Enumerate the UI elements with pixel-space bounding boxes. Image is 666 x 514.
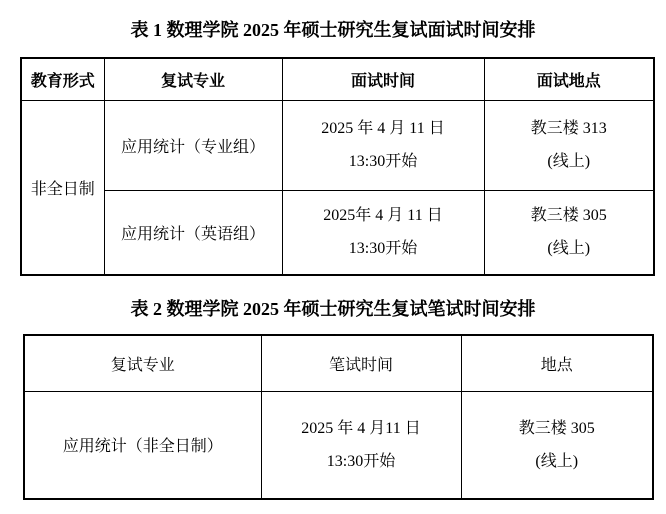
t1-row2-place: 教三楼 305 (线上) [484,190,654,275]
table2-header-row: 复试专业 笔试时间 地点 [24,335,653,391]
t1-row2-time-start: 13:30开始 [283,232,484,265]
t2-row1-major: 应用统计（非全日制） [24,391,261,499]
table1-header-row: 教育形式 复试专业 面试时间 面试地点 [21,58,654,100]
t1-header-major: 复试专业 [104,58,282,100]
interview-schedule-table: 教育形式 复试专业 面试时间 面试地点 非全日制 应用统计（专业组） 2025 … [20,57,655,276]
t2-row1-place: 教三楼 305 (线上) [461,391,653,499]
t2-row1-time-start: 13:30开始 [262,445,461,478]
t2-row1-place-online: (线上) [462,445,653,478]
t1-row2-major: 应用统计（英语组） [104,190,282,275]
t1-row1-place-online: (线上) [485,145,654,178]
t2-header-exam-time: 笔试时间 [261,335,461,391]
table-row: 应用统计（英语组） 2025年 4 月 11 日 13:30开始 教三楼 305… [21,190,654,275]
t1-row1-major: 应用统计（专业组） [104,100,282,190]
table-row: 非全日制 应用统计（专业组） 2025 年 4 月 11 日 13:30开始 教… [21,100,654,190]
t1-header-interview-time: 面试时间 [282,58,484,100]
t2-row1-place-room: 教三楼 305 [462,412,653,445]
t1-row2-place-online: (线上) [485,232,654,265]
t1-header-education-form: 教育形式 [21,58,104,100]
t1-row1-place-room: 教三楼 313 [485,112,654,145]
table1-title: 表 1 数理学院 2025 年硕士研究生复试面试时间安排 [0,0,666,43]
t2-header-major: 复试专业 [24,335,261,391]
t1-row2-place-room: 教三楼 305 [485,199,654,232]
t1-row1-place: 教三楼 313 (线上) [484,100,654,190]
t1-row1-time-date: 2025 年 4 月 11 日 [283,112,484,145]
table2-title: 表 2 数理学院 2025 年硕士研究生复试笔试时间安排 [0,276,666,322]
t1-cell-education-form: 非全日制 [21,100,104,275]
t1-row2-time: 2025年 4 月 11 日 13:30开始 [282,190,484,275]
t1-row1-time-start: 13:30开始 [283,145,484,178]
table-row: 应用统计（非全日制） 2025 年 4 月11 日 13:30开始 教三楼 30… [24,391,653,499]
t2-row1-time: 2025 年 4 月11 日 13:30开始 [261,391,461,499]
t2-header-place: 地点 [461,335,653,391]
t1-row2-time-date: 2025年 4 月 11 日 [283,199,484,232]
written-exam-schedule-table: 复试专业 笔试时间 地点 应用统计（非全日制） 2025 年 4 月11 日 1… [23,334,654,500]
t1-row1-time: 2025 年 4 月 11 日 13:30开始 [282,100,484,190]
t2-row1-time-date: 2025 年 4 月11 日 [262,412,461,445]
t1-header-interview-place: 面试地点 [484,58,654,100]
